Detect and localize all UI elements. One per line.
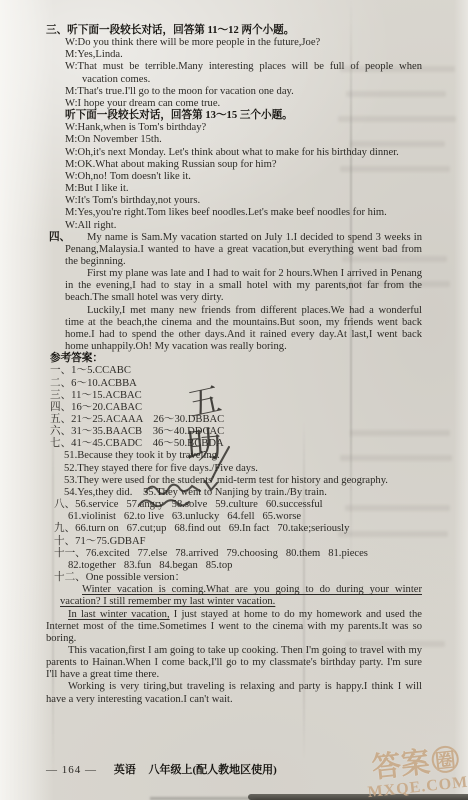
- footer-edition: 八年级上(配人教地区使用): [149, 764, 277, 776]
- answer-line: 四、16～20.CABAC: [50, 402, 422, 414]
- underlined-text: In last winter vacation,: [68, 609, 170, 620]
- answer-line: 52.They stayed there for five days./Five…: [64, 463, 422, 475]
- answer-circle-watermark-logo: 答案圈 MXQE.COM: [364, 744, 468, 800]
- essay-paragraph: This vacation,first I am going to take u…: [46, 645, 422, 681]
- dialogue-line: M:On November 15th.: [65, 134, 422, 146]
- answer-line: 54.Yes,they did. 55.They went to Nanjing…: [64, 487, 422, 499]
- vocab-answer-lines: 八、56.service 57.angry 58.solve 59.cultur…: [46, 499, 422, 584]
- page-content: 三、听下面一段较长对话，回答第 11～12 两个小题。 W:Do you thi…: [46, 25, 422, 706]
- dialogue-line: M:Yes,you're right.Tom likes beef noodle…: [65, 207, 422, 219]
- answer-key-heading: 参考答案：: [50, 353, 422, 365]
- dialogue-block-2: W:Hank,when is Tom's birthday?M:On Novem…: [65, 122, 422, 231]
- answer-line: 五、21～25.ACAAA 26～30.DBBAC: [50, 414, 422, 426]
- dialogue-line: M:But I like it.: [65, 183, 422, 195]
- answer-line: 十二、One possible version：: [54, 572, 422, 584]
- dialogue-line: W:Oh,it's next Monday. Let's think about…: [65, 147, 422, 159]
- dialogue-line: W:Do you think there will be more people…: [65, 37, 422, 49]
- section3-subheading: 听下面一段较长对话，回答第 13～15 三个小题。: [65, 110, 422, 122]
- answer-line: 十、71～75.GDBAF: [54, 536, 422, 548]
- answer-line: 六、31～35.BAACB 36～40.DDCAC: [50, 426, 422, 438]
- dialogue-line: W:All right.: [65, 220, 422, 232]
- passage-paragraph: Luckily,I met many new friends from diff…: [65, 305, 422, 354]
- answer-line: 三、11～15.ACBAC: [50, 390, 422, 402]
- dialogue-line: W:I hope your dream can come true.: [65, 98, 422, 110]
- dialogue-line: W:Hank,when is Tom's birthday?: [65, 122, 422, 134]
- dialogue-line: W:It's Tom's birthday,not yours.: [65, 195, 422, 207]
- multiple-choice-answers: 一、1～5.CCABC二、6～10.ACBBA三、11～15.ACBAC四、16…: [46, 365, 422, 450]
- dialogue-line: W:That must be terrible.Many interesting…: [65, 61, 422, 85]
- essay-paragraph: Working is very tiring,but traveling is …: [46, 681, 422, 705]
- answer-line: 一、1～5.CCABC: [50, 365, 422, 377]
- dialogue-line: M:That's true.I'll go to the moon for va…: [65, 86, 422, 98]
- answer-line: 53.They were used for the students' mid-…: [64, 475, 422, 487]
- answer-line: 二、6～10.ACBBA: [50, 378, 422, 390]
- answer-line: 51.Because they took it by traveling.: [64, 450, 422, 462]
- answer-line: 七、41～45.CBADC 46～50.BCBDA: [50, 438, 422, 450]
- model-essay: Winter vacation is coming.What are you g…: [46, 584, 422, 706]
- section4-label: 四、: [49, 232, 70, 244]
- section3-heading: 三、听下面一段较长对话，回答第 11～12 两个小题。: [46, 25, 422, 37]
- dialogue-block-1: W:Do you think there will be more people…: [65, 37, 422, 110]
- underlined-text: Winter vacation is coming.What are you g…: [60, 584, 422, 607]
- short-answer-lines: 51.Because they took it by traveling.52.…: [46, 450, 422, 499]
- answer-line: 十一、76.excited 77.else 78.arrived 79.choo…: [54, 548, 422, 560]
- dialogue-line: M:Yes,Linda.: [65, 49, 422, 61]
- essay-paragraph: In last winter vacation, I just stayed a…: [46, 609, 422, 645]
- passage-paragraph: My name is Sam.My vacation started on Ju…: [65, 232, 422, 268]
- passage-paragraph: First my plane was late and I had to wai…: [65, 268, 422, 304]
- answer-line: 九、66.turn on 67.cut;up 68.find out 69.In…: [54, 523, 422, 535]
- footer-subject: 英语: [114, 764, 136, 776]
- dialogue-line: W:Oh,no! Tom doesn't like it.: [65, 171, 422, 183]
- answer-line: 八、56.service 57.angry 58.solve 59.cultur…: [54, 499, 422, 511]
- circled-character: 圈: [430, 745, 460, 775]
- dialogue-line: M:OK.What about making Russian soup for …: [65, 159, 422, 171]
- answer-line: 61.violinist 62.to live 63.unlucky 64.fe…: [68, 511, 422, 523]
- section4-passage: 四、 My name is Sam.My vacation started on…: [65, 232, 422, 354]
- page-footer: — 164 — 英语 八年级上(配人教地区使用): [46, 761, 277, 777]
- answer-line: 82.together 83.fun 84.began 85.top: [68, 560, 422, 572]
- page-number: — 164 —: [46, 764, 97, 776]
- essay-paragraph: Winter vacation is coming.What are you g…: [60, 584, 422, 608]
